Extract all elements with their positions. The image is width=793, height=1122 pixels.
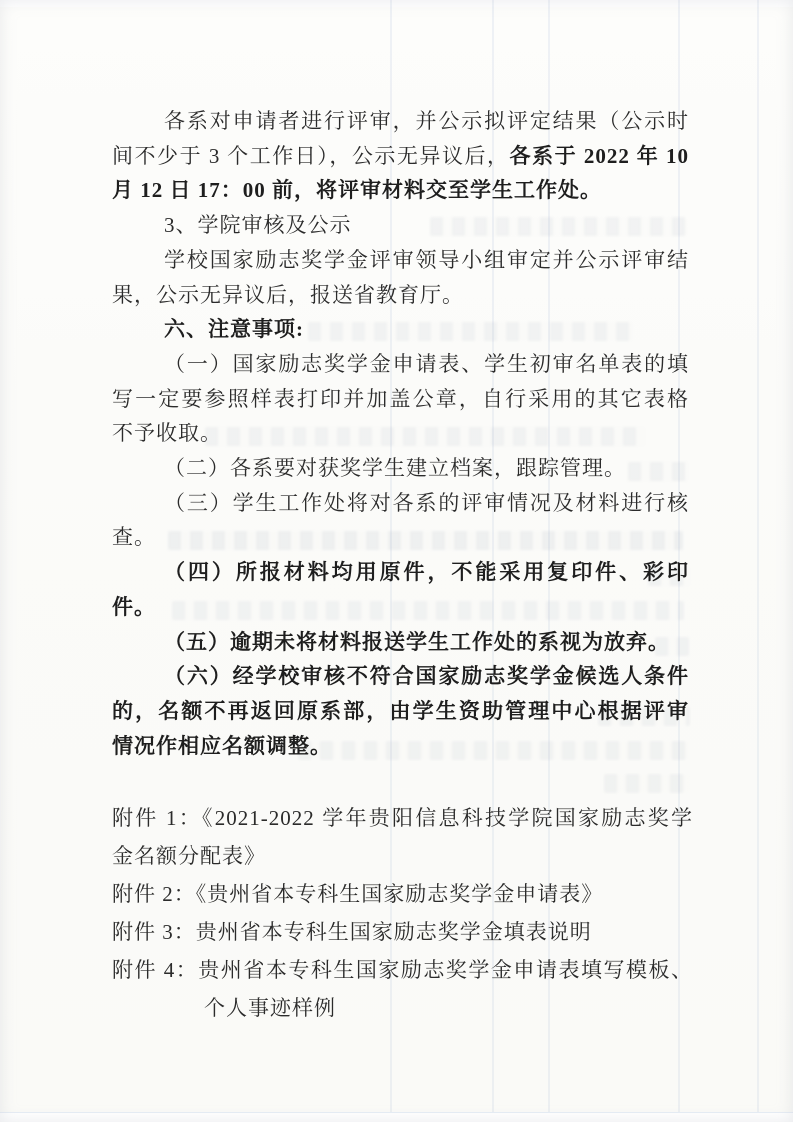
body-line: （一）国家励志奖学金申请表、学生初审名单表的填 <box>112 347 689 382</box>
body-line: （六）经学校审核不符合国家励志奖学金候选人条件 <box>112 659 689 694</box>
body-line-text: 间不少于 3 个工作日），公示无异议后， <box>112 144 510 168</box>
scanned-document-page: 各系对申请者进行评审，并公示拟评定结果（公示时 间不少于 3 个工作日），公示无… <box>0 0 793 1122</box>
body-line: 的，名额不再返回原系部，由学生资助管理中心根据评审 <box>112 694 689 729</box>
body-line: 不予收取。 <box>112 416 689 451</box>
body-line: 情况作相应名额调整。 <box>112 729 689 764</box>
body-line: 月 12 日 17：00 前，将评审材料交至学生工作处。 <box>112 173 689 208</box>
body-section-heading: 六、注意事项: <box>112 312 689 347</box>
body-line: 3、学院审核及公示 <box>112 208 689 243</box>
body-line: 学校国家励志奖学金评审领导小组审定并公示评审结 <box>112 243 689 278</box>
attachment-line: 附件 1：《2021-2022 学年贵阳信息科技学院国家励志奖学 <box>112 799 693 837</box>
scan-streak <box>757 0 759 1122</box>
body-line: 查。 <box>112 520 689 555</box>
attachment-line: 附件 3：贵州省本专科生国家励志奖学金填表说明 <box>112 913 693 951</box>
body-line: 间不少于 3 个工作日），公示无异议后，各系于 2022 年 10 <box>112 139 689 174</box>
scan-edge-bottom <box>0 1112 793 1122</box>
scan-edge-top <box>0 0 793 7</box>
body-line-text-bold: 各系于 2022 年 10 <box>510 144 689 168</box>
body-line: 各系对申请者进行评审，并公示拟评定结果（公示时 <box>112 104 689 139</box>
attachment-line: 附件 2：《贵州省本专科生国家励志奖学金申请表》 <box>112 875 693 913</box>
body-line: （四）所报材料均用原件，不能采用复印件、彩印 <box>112 555 689 590</box>
attachment-line: 金名额分配表》 <box>112 837 693 875</box>
attachment-line: 个人事迹样例 <box>112 989 693 1027</box>
body-line: 件。 <box>112 590 689 625</box>
body-line: 写一定要参照样表打印并加盖公章，自行采用的其它表格 <box>112 382 689 417</box>
attachment-line: 附件 4：贵州省本专科生国家励志奖学金申请表填写模板、 <box>112 951 693 989</box>
body-line: （三）学生工作处将对各系的评审情况及材料进行核 <box>112 486 689 521</box>
attachments-list: 附件 1：《2021-2022 学年贵阳信息科技学院国家励志奖学 金名额分配表》… <box>112 799 693 1027</box>
body-line: （二）各系要对获奖学生建立档案，跟踪管理。 <box>112 451 689 486</box>
bleed-through-artifact <box>604 774 690 793</box>
body-line: （五）逾期未将材料报送学生工作处的系视为放弃。 <box>112 625 689 660</box>
document-body: 各系对申请者进行评审，并公示拟评定结果（公示时 间不少于 3 个工作日），公示无… <box>112 104 689 763</box>
body-line: 果，公示无异议后，报送省教育厅。 <box>112 278 689 313</box>
